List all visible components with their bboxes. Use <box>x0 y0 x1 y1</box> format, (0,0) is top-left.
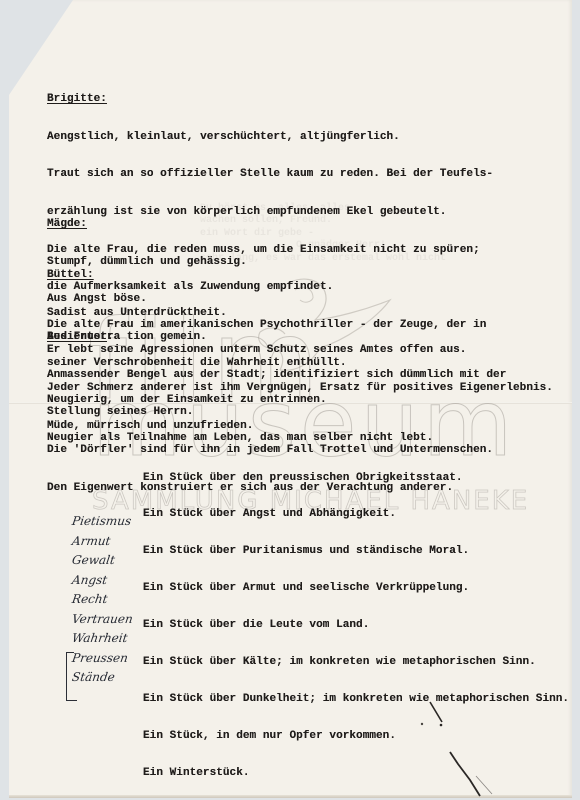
handwritten-word: Vertrauen <box>71 610 134 630</box>
section-heading: Bedienter <box>47 331 107 343</box>
handwritten-word: Preussen <box>71 649 134 669</box>
list-item: Ein Stück über Puritanismus und ständisc… <box>143 545 569 557</box>
list-item: Ein Stück über Kälte; im konkreten wie m… <box>143 656 569 668</box>
page-edge <box>9 795 572 798</box>
text-line: Aengstlich, kleinlaut, verschüchtert, al… <box>47 131 493 144</box>
list-item: Ein Stück, in dem nur Opfer vorkommen. <box>143 730 569 742</box>
section-heading-row: Bedienter: <box>47 331 506 344</box>
list-item: Ein Stück über Dunkelheit; im konkreten … <box>143 693 569 705</box>
list-item: Ein Winterstück. <box>143 767 569 779</box>
handwritten-word: Armut <box>71 532 134 552</box>
handwritten-word: Gewalt <box>71 551 134 571</box>
handwritten-word: Pietismus <box>71 512 134 532</box>
text-line: Anmassender Bengel aus der Stadt; identi… <box>47 369 506 382</box>
text-line: Stellung seines Herrn. <box>47 406 506 419</box>
section-heading: Mägde: <box>47 218 247 231</box>
list-item: Ein Stück über den preussischen Obrigkei… <box>143 472 569 484</box>
handwritten-word: Angst <box>71 571 134 591</box>
list-item: Ein Stück über Angst und Abhängigkeit. <box>143 508 569 520</box>
list-item: Ein Stück über Armut und seelische Verkr… <box>143 582 569 594</box>
handwritten-word: Wahrheit <box>71 629 134 649</box>
section-heading: Büttel: <box>47 269 553 282</box>
section-heading: Brigitte: <box>47 93 493 106</box>
handwritten-word: Recht <box>71 590 134 610</box>
handwritten-bracket <box>66 652 77 701</box>
text-line: Traut sich an so offizieller Stelle kaum… <box>47 168 493 181</box>
heading-colon: : <box>107 331 114 343</box>
list-item: Ein Stück über die Leute vom Land. <box>143 619 569 631</box>
handwritten-notes: Pietismus Armut Gewalt Angst Recht Vertr… <box>72 512 133 688</box>
handwritten-bracket-top <box>66 652 74 653</box>
handwritten-word: Stände <box>71 668 134 688</box>
stueck-list: Ein Stück über den preussischen Obrigkei… <box>143 447 569 791</box>
